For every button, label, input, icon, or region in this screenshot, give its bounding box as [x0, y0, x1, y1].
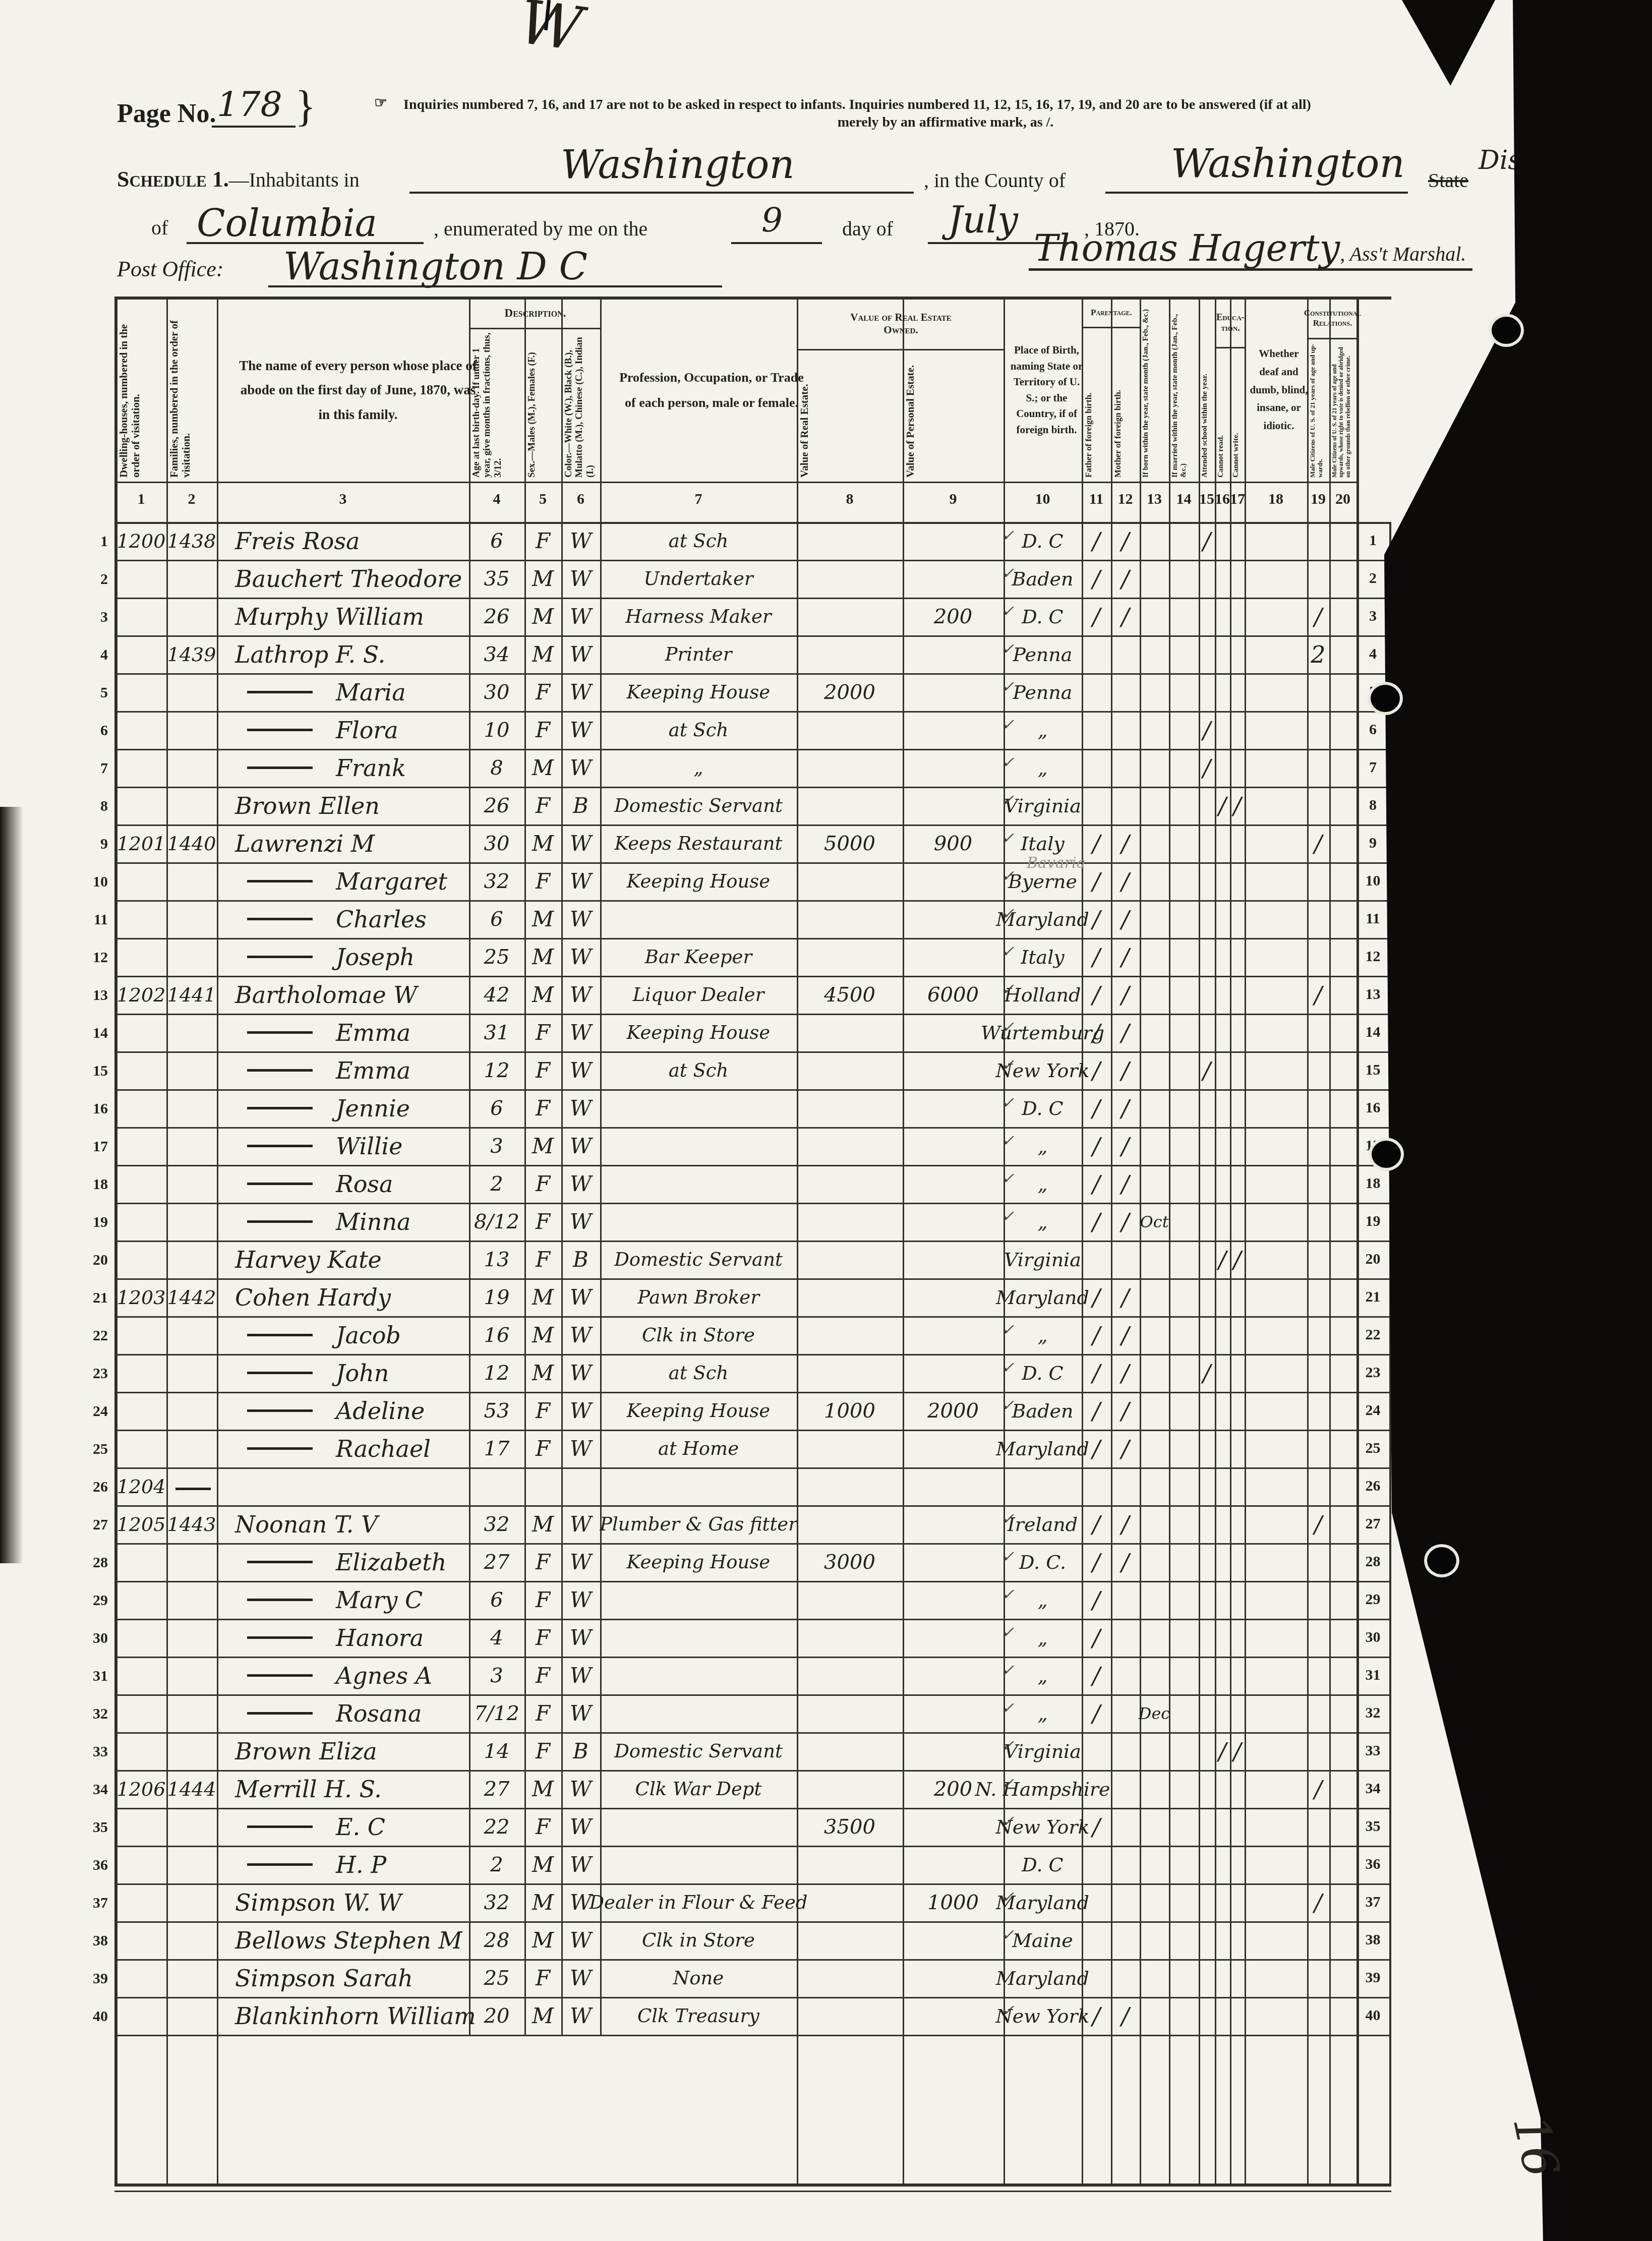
col-header-c7: Profession, Occupation, or Trade of each… — [602, 299, 821, 482]
name-text: Agnes A — [336, 1662, 432, 1689]
cell-name: Flora — [217, 711, 469, 749]
cell-occupation-text: Harness Maker — [625, 606, 771, 627]
group-education-line2: tion. — [1221, 323, 1240, 333]
col-number-20: 20 — [1329, 491, 1356, 508]
cell-birthplace-text: „ — [1038, 1135, 1048, 1157]
cell-cannot-read: / — [1215, 1241, 1230, 1278]
cell-birthplace: D. C✓ — [1004, 598, 1082, 635]
cell-color-text: W — [570, 1134, 592, 1158]
cell-sex: F — [524, 1165, 561, 1203]
name-text: Frank — [336, 754, 406, 782]
cell-birthplace-text: Virginia — [1004, 1740, 1081, 1762]
cell-birthplace-text: Penna — [1013, 681, 1073, 703]
cell-name: Rosana — [217, 1694, 469, 1732]
cell-attended-school-text: / — [1203, 527, 1211, 555]
cell-age-text: 32 — [484, 870, 510, 893]
cell-father-foreign: / — [1082, 862, 1111, 900]
cell-birthplace-text: D. C — [1022, 1362, 1063, 1384]
birthplace-checkmark: ✓ — [1001, 1926, 1014, 1944]
col-header-c20: Male Citizens of U. S. of 21 years of ag… — [1331, 341, 1355, 481]
cell-sex-text: M — [532, 566, 554, 591]
row-number-right: 34 — [1356, 1780, 1389, 1797]
schedule-month-handwritten: July — [948, 199, 1018, 241]
row-number-left: 19 — [76, 1214, 108, 1231]
cell-sex: M — [524, 749, 561, 787]
cell-birthplace-text: D. C — [1022, 530, 1063, 552]
birthplace-checkmark: ✓ — [1001, 792, 1014, 809]
ink-smudge-mark: W — [515, 0, 586, 65]
cell-color: B — [561, 787, 600, 824]
cell-age-text: 25 — [484, 946, 510, 969]
cell-age-text: 22 — [484, 1815, 510, 1839]
name-text: Charles — [336, 906, 427, 933]
cell-color-text: W — [570, 1587, 592, 1612]
cell-male-citizen: / — [1307, 976, 1329, 1014]
col-number-8: 8 — [797, 491, 903, 508]
cell-color-text: W — [570, 755, 592, 780]
cell-mother-foreign-text: / — [1122, 1397, 1130, 1425]
cell-age-text: 30 — [484, 681, 510, 704]
name-ditto-dash — [247, 1712, 313, 1715]
row-number-right: 14 — [1356, 1024, 1389, 1041]
col-number-9: 9 — [903, 491, 1004, 508]
cell-age: 2 — [469, 1165, 524, 1203]
cell-occupation: Bar Keeper — [600, 938, 797, 976]
row-number-left: 10 — [76, 873, 108, 891]
cell-family-text: 1438 — [167, 530, 216, 552]
cell-age-text: 19 — [484, 1286, 510, 1309]
birthplace-checkmark: ✓ — [1001, 1889, 1014, 1906]
name-ditto-dash — [247, 1674, 313, 1677]
cell-color: W — [561, 1127, 600, 1165]
group-constitutional-line1: Constitutional — [1304, 308, 1362, 318]
cell-color-text: W — [570, 1361, 592, 1385]
cell-birthplace: Baden✓ — [1004, 1392, 1082, 1430]
cell-sex: F — [524, 1392, 561, 1430]
enumerated-label: , enumerated by me on the — [434, 217, 647, 241]
cell-color-text: W — [570, 1663, 592, 1688]
cell-family: 1438 — [166, 522, 217, 560]
cell-occupation: at Sch — [600, 522, 797, 560]
cell-personal-estate: 900 — [903, 824, 1004, 862]
cell-sex-text: F — [536, 1020, 550, 1045]
cell-sex: M — [524, 560, 561, 598]
cell-male-citizen-text: / — [1314, 603, 1322, 630]
cell-sex: M — [524, 635, 561, 673]
cell-sex-text: M — [532, 1852, 554, 1877]
cell-birthplace-text: „ — [1038, 1211, 1048, 1233]
name-text: E. C — [336, 1813, 385, 1841]
name-text: Cohen Hardy — [235, 1284, 391, 1311]
cell-mother-foreign: / — [1111, 1051, 1140, 1089]
cell-name: Hanora — [217, 1619, 469, 1657]
birthplace-checkmark: ✓ — [1001, 1359, 1014, 1377]
cell-sex-text: M — [532, 1134, 554, 1158]
cell-father-foreign: / — [1082, 1354, 1111, 1392]
col-header-c12: Mother of foreign birth. — [1113, 330, 1139, 481]
group-education: Educa-tion. — [1216, 299, 1245, 348]
cell-age-text: 4 — [490, 1626, 503, 1649]
cell-birthplace: D. C.✓ — [1004, 1543, 1082, 1581]
cell-age: 30 — [469, 673, 524, 711]
cell-occupation-text: Domestic Servant — [614, 795, 783, 816]
cell-color: W — [561, 1051, 600, 1089]
cell-occupation: Clk War Dept — [600, 1770, 797, 1808]
cell-birthplace: Maryland — [1004, 1959, 1082, 1997]
cell-occupation-text: „ — [693, 757, 703, 779]
cell-family-text: 1441 — [167, 984, 216, 1006]
cell-sex: F — [524, 1694, 561, 1732]
cell-family-text: 1439 — [167, 643, 216, 666]
cell-age-text: 28 — [484, 1929, 510, 1952]
marshal-title: , Ass't Marshal. — [1340, 243, 1466, 265]
name-text: Rosana — [336, 1700, 422, 1727]
cell-sex: M — [524, 1883, 561, 1921]
birthplace-checkmark: ✓ — [1001, 1548, 1014, 1566]
cell-age-text: 13 — [484, 1248, 510, 1271]
cell-color-text: W — [570, 528, 592, 553]
cell-color: B — [561, 1732, 600, 1770]
cell-occupation: Clk Treasury — [600, 1997, 797, 2035]
cell-born-month: Dec — [1140, 1694, 1169, 1732]
row-number-left: 28 — [76, 1554, 108, 1571]
cell-color: W — [561, 976, 600, 1014]
cell-occupation: at Sch — [600, 711, 797, 749]
col-number-4: 4 — [469, 491, 524, 508]
name-text: Lawrenzi M — [235, 830, 375, 857]
cell-color-text: W — [570, 1436, 592, 1461]
cell-male-citizen: / — [1307, 598, 1329, 635]
col-number-16: 16 — [1215, 491, 1230, 508]
cell-color-text: W — [570, 831, 592, 856]
cell-mother-foreign-text: / — [1122, 981, 1130, 1009]
cell-occupation-text: Plumber & Gas fitter — [600, 1513, 797, 1535]
cell-color: W — [561, 1089, 600, 1127]
cell-personal-estate: 2000 — [903, 1392, 1004, 1430]
cell-age: 6 — [469, 1089, 524, 1127]
cell-name: Blankinhorn William — [217, 1997, 469, 2035]
cell-cannot-write: / — [1230, 1732, 1245, 1770]
row-number-right: 40 — [1356, 2007, 1389, 2024]
cell-sex: F — [524, 711, 561, 749]
cell-birthplace: Maryland✓ — [1004, 900, 1082, 938]
cell-age: 13 — [469, 1241, 524, 1278]
col-header-c9: Value of Personal Estate. — [905, 352, 1002, 481]
row-number-left: 9 — [76, 836, 108, 853]
row-number-right: 32 — [1356, 1704, 1389, 1722]
cell-sex: F — [524, 522, 561, 560]
cell-mother-foreign: / — [1111, 1014, 1140, 1051]
cell-family-dash — [175, 1488, 211, 1490]
row-number-left: 12 — [76, 949, 108, 966]
cell-name: Margaret — [217, 862, 469, 900]
birthplace-checkmark: ✓ — [1001, 943, 1014, 961]
col-number-5: 5 — [524, 491, 561, 508]
cell-attended-school: / — [1199, 711, 1215, 749]
cell-birthplace: D. C✓ — [1004, 1354, 1082, 1392]
cell-occupation: Domestic Servant — [600, 1241, 797, 1278]
cell-mother-foreign: / — [1111, 1543, 1140, 1581]
cell-age: 27 — [469, 1543, 524, 1581]
row-number-right: 28 — [1356, 1553, 1389, 1570]
col-header-c8: Value of Real Estate. — [799, 352, 902, 481]
cell-color: W — [561, 598, 600, 635]
cell-name: Bauchert Theodore — [217, 560, 469, 598]
cell-age-text: 14 — [484, 1740, 510, 1763]
birthplace-checkmark: ✓ — [1001, 754, 1014, 772]
cell-birthplace: Italy✓ — [1004, 938, 1082, 976]
name-ditto-dash — [247, 1636, 313, 1639]
cell-age: 7/12 — [469, 1694, 524, 1732]
name-ditto-dash — [247, 1447, 313, 1450]
birthplace-checkmark: ✓ — [1001, 1132, 1014, 1150]
name-ditto-dash — [247, 729, 313, 731]
name-text: Bartholomae W — [235, 981, 418, 1009]
cell-age-text: 53 — [484, 1399, 510, 1423]
col-header-c11: Father of foreign birth. — [1084, 330, 1110, 481]
cell-birthplace: Maryland✓ — [1004, 1883, 1082, 1921]
cell-name: Willie — [217, 1127, 469, 1165]
cell-color-text: W — [570, 1209, 592, 1234]
col-number-3: 3 — [217, 491, 469, 508]
col-header-c6: Color.—White (W.), Black (B.), Mulatto (… — [563, 331, 599, 481]
cell-birthplace-text: Holland — [1005, 984, 1081, 1006]
schedule-state-handwritten: Columbia — [197, 202, 377, 245]
name-text: Jacob — [336, 1322, 401, 1349]
cell-age: 17 — [469, 1430, 524, 1467]
birthplace-checkmark: ✓ — [1001, 640, 1014, 658]
cell-sex-text: F — [536, 1550, 550, 1574]
cell-father-foreign-text: / — [1092, 1095, 1100, 1122]
cell-occupation: Keeping House — [600, 1014, 797, 1051]
cell-occupation-text: Keeping House — [627, 870, 771, 892]
cell-age-text: 35 — [484, 567, 510, 591]
birthplace-checkmark: ✓ — [1001, 1321, 1014, 1339]
cell-color: W — [561, 1505, 600, 1543]
cell-born-month-text: Oct — [1140, 1212, 1168, 1231]
cell-sex: M — [524, 1127, 561, 1165]
cell-occupation-text: Pawn Broker — [637, 1286, 759, 1308]
cell-color: W — [561, 1203, 600, 1241]
cell-sex-text: M — [532, 907, 554, 931]
cell-age: 3 — [469, 1127, 524, 1165]
cell-birthplace: Virginia✓ — [1004, 1732, 1082, 1770]
cell-birthplace: New York✓ — [1004, 1997, 1082, 2035]
cell-color-text: W — [570, 1398, 592, 1423]
cell-sex-text: M — [532, 755, 554, 780]
cell-sex: M — [524, 1505, 561, 1543]
cell-age-text: 27 — [484, 1551, 510, 1574]
cell-age: 12 — [469, 1051, 524, 1089]
cell-birthplace: Wurtemburg✓ — [1004, 1014, 1082, 1051]
cell-real-estate: 5000 — [797, 824, 903, 862]
cell-age-text: 8/12 — [474, 1210, 519, 1233]
cell-father-foreign: / — [1082, 1127, 1111, 1165]
cell-attended-school-text: / — [1203, 1057, 1211, 1084]
cell-birthplace-text: „ — [1038, 1173, 1048, 1195]
cell-personal-estate: 6000 — [903, 976, 1004, 1014]
cell-mother-foreign: / — [1111, 824, 1140, 862]
cell-father-foreign: / — [1082, 1430, 1111, 1467]
row-number-right: 37 — [1356, 1894, 1389, 1911]
col-number-11: 11 — [1082, 491, 1111, 508]
name-text: Flora — [336, 717, 398, 744]
row-number-left: 16 — [76, 1100, 108, 1117]
cell-name: Jennie — [217, 1089, 469, 1127]
cell-occupation-text: Bar Keeper — [645, 946, 752, 968]
name-text: Harvey Kate — [235, 1246, 382, 1273]
row-number-right: 13 — [1356, 986, 1389, 1003]
name-ditto-dash — [247, 1069, 313, 1072]
cell-age: 6 — [469, 522, 524, 560]
cell-born-month: Oct — [1140, 1203, 1169, 1241]
cell-occupation-text: Keeping House — [627, 1551, 771, 1573]
birthplace-checkmark: ✓ — [1001, 1737, 1014, 1755]
name-ditto-dash — [247, 1145, 313, 1147]
cell-color-text: B — [573, 1739, 588, 1763]
cell-name: Lawrenzi M — [217, 824, 469, 862]
birthplace-pencil-note: Bavaria — [1027, 854, 1086, 872]
cell-male-citizen: / — [1307, 1770, 1329, 1808]
cell-sex-text: M — [532, 945, 554, 969]
row-number-right: 9 — [1356, 835, 1389, 852]
row-number-right: 2 — [1356, 570, 1389, 587]
cell-cannot-read-text: / — [1218, 1738, 1226, 1765]
cell-age: 25 — [469, 938, 524, 976]
row-number-left: 22 — [76, 1327, 108, 1344]
cell-color: W — [561, 938, 600, 976]
cell-male-citizen-text: / — [1314, 1889, 1322, 1916]
cell-father-foreign-text: / — [1092, 1511, 1100, 1538]
name-ditto-dash — [247, 1031, 313, 1034]
row-number-left: 35 — [76, 1819, 108, 1836]
name-ditto-dash — [247, 1183, 313, 1185]
name-text: Brown Eliza — [235, 1738, 377, 1765]
post-office-label: Post Office: — [117, 257, 223, 281]
cell-occupation-text: Domestic Servant — [614, 1249, 783, 1270]
birthplace-checkmark: ✓ — [1001, 1699, 1014, 1717]
cell-cannot-write: / — [1230, 1241, 1245, 1278]
cell-age-text: 8 — [490, 756, 503, 780]
cell-attended-school: / — [1199, 1051, 1215, 1089]
cell-father-foreign: / — [1082, 1997, 1111, 2035]
cell-age-text: 30 — [484, 832, 510, 855]
cell-age: 8/12 — [469, 1203, 524, 1241]
cell-birthplace: D. C — [1004, 1846, 1082, 1883]
row-number-right: 12 — [1356, 948, 1389, 965]
cell-color: W — [561, 560, 600, 598]
cell-mother-foreign: / — [1111, 598, 1140, 635]
cell-age-text: 26 — [484, 605, 510, 628]
cell-name: Jacob — [217, 1316, 469, 1354]
birthplace-checkmark: ✓ — [1001, 830, 1014, 847]
cell-birthplace-text: Italy — [1021, 833, 1065, 855]
cell-personal-estate-text: 900 — [934, 832, 972, 855]
birthplace-checkmark: ✓ — [1001, 1586, 1014, 1604]
birthplace-checkmark: ✓ — [1001, 603, 1014, 620]
row-number-left: 26 — [76, 1479, 108, 1496]
name-text: Bauchert Theodore — [235, 565, 462, 593]
name-text: Elizabeth — [336, 1549, 446, 1576]
notice-line1: Inquiries numbered 7, 16, and 17 are not… — [403, 97, 1311, 112]
row-number-left: 20 — [76, 1252, 108, 1269]
cell-occupation: Keeping House — [600, 862, 797, 900]
cell-father-foreign: / — [1082, 1808, 1111, 1846]
cell-color: W — [561, 1657, 600, 1694]
row-number-right: 3 — [1356, 608, 1389, 625]
punch-hole — [1492, 317, 1521, 344]
cell-birthplace: New York✓ — [1004, 1051, 1082, 1089]
cell-name: Mary C — [217, 1581, 469, 1619]
cell-name: Freis Rosa — [217, 522, 469, 560]
name-ditto-dash — [247, 1334, 313, 1336]
cell-mother-foreign-text: / — [1122, 565, 1130, 593]
cell-father-foreign-text: / — [1092, 981, 1100, 1009]
row-number-left: 2 — [76, 571, 108, 588]
cell-age-text: 34 — [484, 643, 510, 666]
name-text: Freis Rosa — [235, 527, 360, 555]
col-header-c10: Place of Birth, naming State or Territor… — [1006, 299, 1088, 482]
cell-dwelling-text: 1206 — [117, 1778, 166, 1800]
col-number-10: 10 — [1004, 491, 1082, 508]
cell-sex-text: M — [532, 2003, 554, 2028]
cell-attended-school-text: / — [1203, 717, 1211, 744]
row-number-right: 16 — [1356, 1099, 1389, 1116]
name-text: Noonan T. V — [235, 1511, 378, 1538]
name-ditto-dash — [247, 766, 313, 769]
cell-mother-foreign: / — [1111, 1997, 1140, 2035]
cell-age: 42 — [469, 976, 524, 1014]
cell-occupation: Undertaker — [600, 560, 797, 598]
cell-name: John — [217, 1354, 469, 1392]
cell-birthplace: Maryland — [1004, 1278, 1082, 1316]
cell-dwelling-text: 1202 — [117, 984, 166, 1006]
row-line — [114, 2035, 1391, 2036]
table-bottom-line2 — [114, 2191, 1391, 2192]
cell-occupation-text: Undertaker — [643, 568, 753, 589]
cell-occupation-text: Clk in Store — [642, 1929, 755, 1951]
cell-occupation-text: at Sch — [669, 1059, 729, 1081]
row-number-right: 11 — [1356, 910, 1389, 927]
cell-father-foreign: / — [1082, 1278, 1111, 1316]
name-text: Simpson W. W — [235, 1889, 402, 1916]
cell-age: 25 — [469, 1959, 524, 1997]
cell-male-citizen-text: / — [1314, 830, 1322, 857]
cell-birthplace: „✓ — [1004, 1127, 1082, 1165]
cell-age-text: 32 — [484, 1891, 510, 1914]
cell-personal-estate: 200 — [903, 598, 1004, 635]
cell-occupation: Plumber & Gas fitter — [600, 1505, 797, 1543]
cell-sex-text: F — [536, 718, 550, 742]
cell-birthplace-text: Virginia — [1004, 795, 1081, 817]
row-number-right: 15 — [1356, 1061, 1389, 1079]
row-number-right: 19 — [1356, 1213, 1389, 1230]
cell-father-foreign: / — [1082, 824, 1111, 862]
cell-real-estate-text: 5000 — [824, 832, 875, 855]
cell-occupation: Domestic Servant — [600, 787, 797, 824]
cell-birthplace: „✓ — [1004, 711, 1082, 749]
cell-attended-school-text: / — [1203, 754, 1211, 782]
notice-line2: merely by an affirmative mark, as /. — [403, 113, 1488, 131]
cell-age: 10 — [469, 711, 524, 749]
col-number-15: 15 — [1199, 491, 1215, 508]
name-text: Blankinhorn William — [235, 2002, 476, 2030]
cell-age-text: 2 — [490, 1853, 503, 1876]
cell-color-text: W — [570, 1096, 592, 1120]
col-number-19: 19 — [1307, 491, 1329, 508]
cell-sex-text: M — [532, 1361, 554, 1385]
cell-age: 6 — [469, 1581, 524, 1619]
